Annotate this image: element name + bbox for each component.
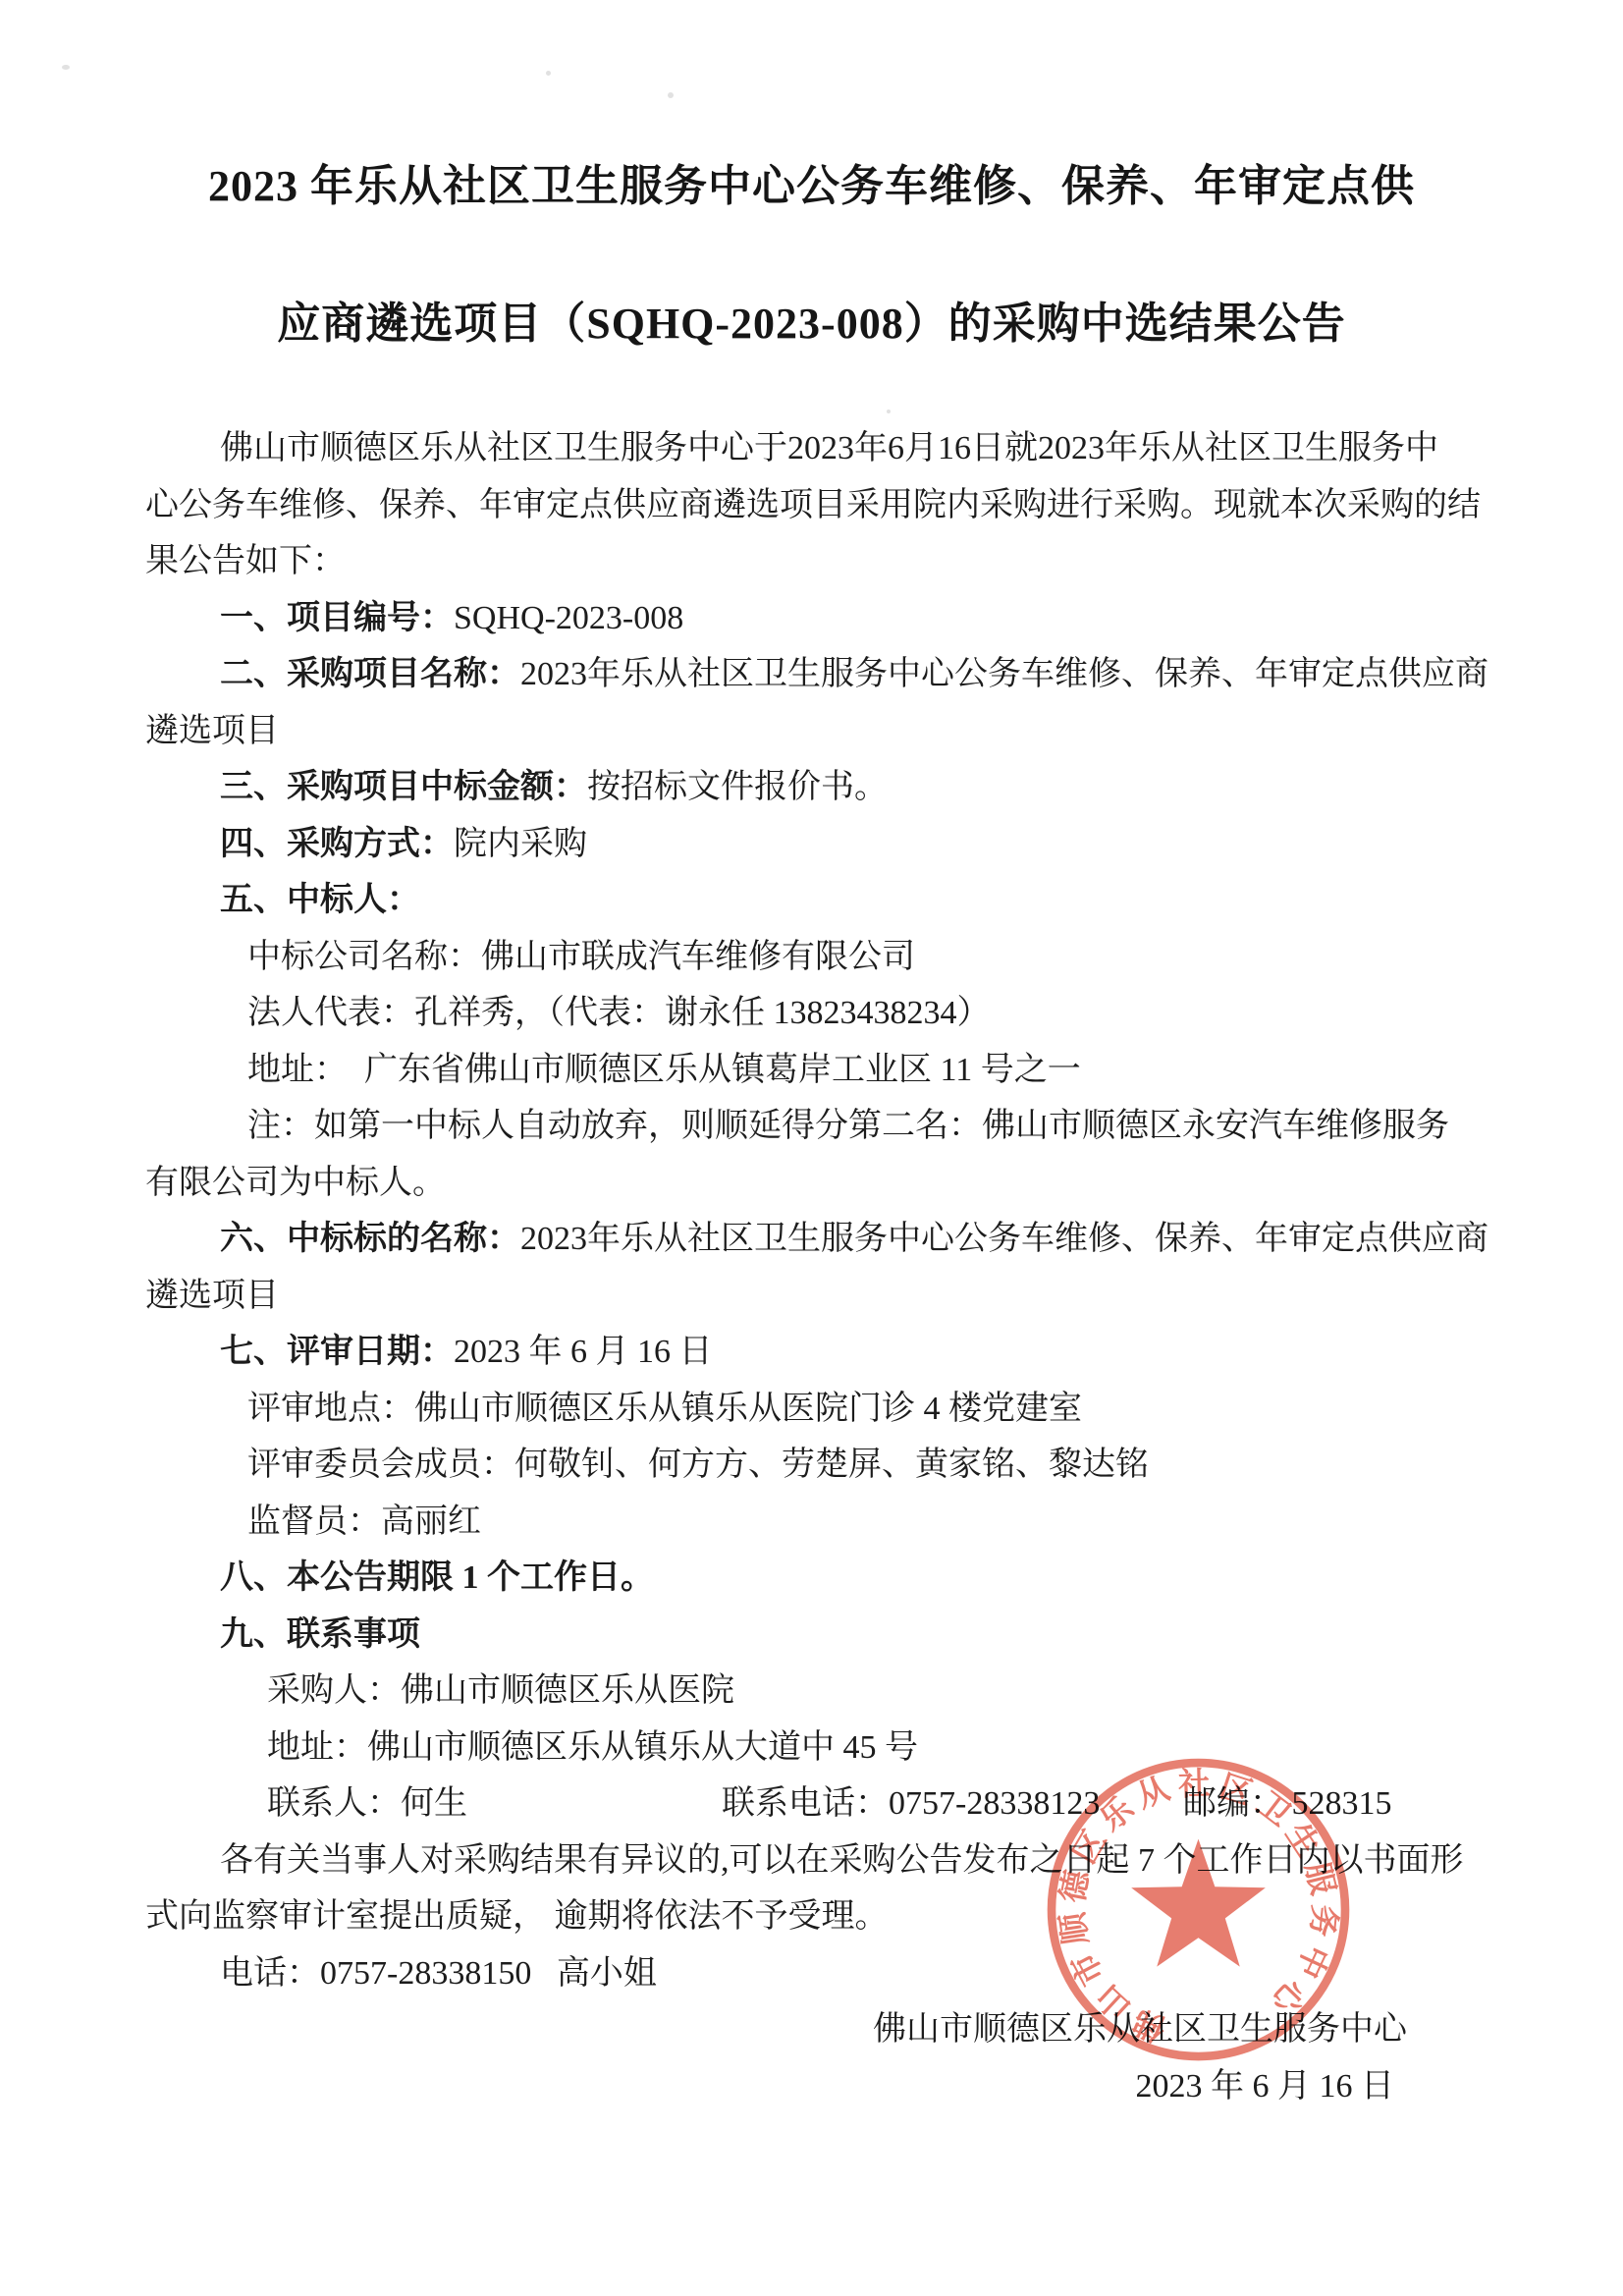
body-line: 四、采购方式：院内采购 <box>145 816 1481 873</box>
line-label: 八、本公告期限 1 个工作日。 <box>220 1559 654 1596</box>
line-text: 注：如第一中标人自动放弃，则顺延得分第二名：佛山市顺德区永安汽车维修服务 <box>247 1108 1449 1144</box>
body-line: 七、评审日期：2023 年 6 月 16 日 <box>145 1324 1481 1381</box>
body-line: 注：如第一中标人自动放弃，则顺延得分第二名：佛山市顺德区永安汽车维修服务 <box>145 1098 1481 1155</box>
body-line: 中标公司名称：佛山市联成汽车维修有限公司 <box>145 929 1481 986</box>
seal-star-icon <box>1131 1839 1266 1967</box>
line-text: 遴选项目 <box>145 713 279 749</box>
line-text: 采购人：佛山市顺德区乐从医院 <box>267 1672 734 1709</box>
line-text: 2023年乐从社区卫生服务中心公务车维修、保养、年审定点供应商 <box>520 1221 1488 1257</box>
line-label: 一、项目编号： <box>220 600 454 636</box>
body-line: 三、采购项目中标金额：按招标文件报价书。 <box>145 759 1481 816</box>
line-text: 评审地点：佛山市顺德区乐从镇乐从医院门诊 4 楼党建室 <box>247 1391 1082 1427</box>
scan-speck <box>62 65 70 70</box>
body-line: 遴选项目 <box>145 1268 1481 1325</box>
line-text: 监督员：高丽红 <box>247 1503 481 1540</box>
document-page: 2023 年乐从社区卫生服务中心公务车维修、保养、年审定点供 应商遴选项目（SQ… <box>0 0 1623 2296</box>
line-text: 地址：佛山市顺德区乐从镇乐从大道中 45 号 <box>267 1729 918 1766</box>
body-line: 八、本公告期限 1 个工作日。 <box>145 1550 1481 1607</box>
line-text: 佛山市顺德区乐从社区卫生服务中心于2023年6月16日就2023年乐从社区卫生服… <box>220 430 1438 466</box>
body-line: 遴选项目 <box>145 703 1481 760</box>
line-label: 七、评审日期： <box>220 1334 454 1370</box>
body-line: 九、联系事项 <box>145 1607 1481 1664</box>
line-text: 地址： 广东省佛山市顺德区乐从镇葛岸工业区 11 号之一 <box>247 1052 1081 1088</box>
line-text: 评审委员会成员：何敬钊、何方方、劳楚屏、黄家铭、黎达铭 <box>247 1447 1149 1483</box>
line-label: 四、采购方式： <box>220 826 454 862</box>
scan-speck <box>887 410 891 413</box>
line-label: 九、联系事项 <box>220 1616 420 1653</box>
body-line: 评审地点：佛山市顺德区乐从镇乐从医院门诊 4 楼党建室 <box>145 1381 1481 1438</box>
title-line-1: 2023 年乐从社区卫生服务中心公务车维修、保养、年审定点供 <box>0 118 1623 255</box>
line-label: 六、中标标的名称： <box>220 1221 520 1257</box>
line-text: 果公告如下： <box>145 543 346 579</box>
line-text: SQHQ-2023-008 <box>454 600 683 636</box>
body-line: 果公告如下： <box>145 533 1481 590</box>
scan-speck <box>546 71 551 76</box>
line-text: 2023 年 6 月 16 日 <box>454 1334 713 1370</box>
body-line: 评审委员会成员：何敬钊、何方方、劳楚屏、黄家铭、黎达铭 <box>145 1437 1481 1494</box>
line-label: 五、中标人： <box>220 882 420 918</box>
line-label: 二、采购项目名称： <box>220 656 520 692</box>
contact-person: 联系人：何生 <box>267 1776 467 1832</box>
body-line: 佛山市顺德区乐从社区卫生服务中心于2023年6月16日就2023年乐从社区卫生服… <box>145 420 1481 477</box>
body-line: 心公务车维修、保养、年审定点供应商遴选项目采用院内采购进行采购。现就本次采购的结 <box>145 477 1481 534</box>
body-line: 采购人：佛山市顺德区乐从医院 <box>145 1663 1481 1720</box>
line-text: 院内采购 <box>454 826 587 862</box>
line-text: 有限公司为中标人。 <box>145 1165 446 1201</box>
line-text: 电话：0757-28338150 高小姐 <box>220 1955 657 1992</box>
scan-speck <box>668 92 674 98</box>
line-text: 2023年乐从社区卫生服务中心公务车维修、保养、年审定点供应商 <box>520 656 1488 692</box>
body-line: 地址： 广东省佛山市顺德区乐从镇葛岸工业区 11 号之一 <box>145 1042 1481 1099</box>
line-text: 心公务车维修、保养、年审定点供应商遴选项目采用院内采购进行采购。现就本次采购的结 <box>145 487 1481 523</box>
body-line: 二、采购项目名称：2023年乐从社区卫生服务中心公务车维修、保养、年审定点供应商 <box>145 646 1481 703</box>
title-line-2: 应商遴选项目（SQHQ-2023-008）的采购中选结果公告 <box>0 255 1623 393</box>
page-title: 2023 年乐从社区卫生服务中心公务车维修、保养、年审定点供 应商遴选项目（SQ… <box>0 118 1623 393</box>
line-label: 三、采购项目中标金额： <box>220 769 587 805</box>
line-text: 遴选项目 <box>145 1278 279 1314</box>
body-line: 法人代表：孔祥秀，（代表：谢永任 13823438234） <box>145 985 1481 1042</box>
line-text: 按招标文件报价书。 <box>587 769 888 805</box>
body-line: 五、中标人： <box>145 872 1481 929</box>
body-line: 有限公司为中标人。 <box>145 1155 1481 1212</box>
line-text: 法人代表：孔祥秀，（代表：谢永任 13823438234） <box>247 995 991 1031</box>
body-line: 监督员：高丽红 <box>145 1494 1481 1551</box>
line-text: 式向监察审计室提出质疑， 逾期将依法不予受理。 <box>145 1898 889 1935</box>
body-line: 六、中标标的名称：2023年乐从社区卫生服务中心公务车维修、保养、年审定点供应商 <box>145 1211 1481 1268</box>
official-seal-stamp: 佛山市顺德区乐从社区卫生服务中心 <box>1029 1740 1368 2079</box>
line-text: 中标公司名称：佛山市联成汽车维修有限公司 <box>247 939 915 975</box>
body-line: 一、项目编号：SQHQ-2023-008 <box>145 590 1481 647</box>
